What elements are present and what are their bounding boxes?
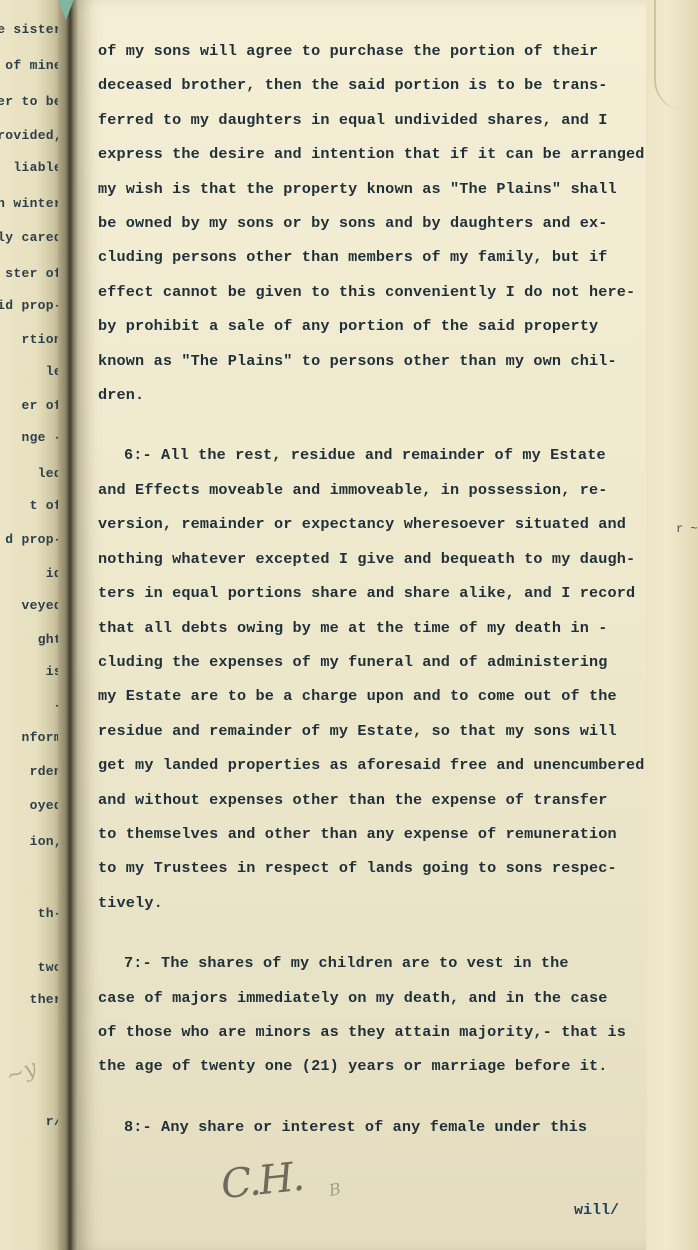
facing-page-fragment: rly cared xyxy=(0,230,62,245)
clause-start-line: 8:- Any share or interest of any female … xyxy=(98,1110,658,1144)
clause-start-line: 7:- The shares of my children are to ves… xyxy=(98,946,658,980)
facing-page-fragment: rovided, xyxy=(0,128,62,143)
text-line: by prohibit a sale of any portion of the… xyxy=(98,309,658,343)
text-line: and Effects moveable and immoveable, in … xyxy=(98,473,658,507)
facing-page-fragment: in winter xyxy=(0,196,62,211)
text-line: dren. xyxy=(98,378,658,412)
facing-page-fragment: rtion xyxy=(21,332,62,347)
facing-page-fragment: e sister xyxy=(0,22,62,37)
text-line: of those who are minors as they attain m… xyxy=(98,1015,658,1049)
facing-page-fragment: liable xyxy=(13,160,62,175)
facing-page-fragment: nform xyxy=(21,730,62,745)
document-page: of my sons will agree to purchase the po… xyxy=(78,0,646,1250)
text-line: of my sons will agree to purchase the po… xyxy=(98,34,658,68)
text-line: cluding persons other than members of my… xyxy=(98,240,658,274)
edge-tick-mark: r ~ xyxy=(676,522,698,536)
text-line: express the desire and intention that if… xyxy=(98,137,658,171)
text-line: get my landed properties as aforesaid fr… xyxy=(98,748,658,782)
text-line: to themselves and other than any expense… xyxy=(98,817,658,851)
text-line: tively. xyxy=(98,886,658,920)
facing-page-fragment: d prop- xyxy=(5,532,62,547)
text-line: to my Trustees in respect of lands going… xyxy=(98,851,658,885)
text-line: effect cannot be given to this convenien… xyxy=(98,275,658,309)
document-body: of my sons will agree to purchase the po… xyxy=(98,34,658,1144)
text-line: known as "The Plains" to persons other t… xyxy=(98,344,658,378)
text-line: ferred to my daughters in equal undivide… xyxy=(98,103,658,137)
text-line: ters in equal portions share and share a… xyxy=(98,576,658,610)
text-line: deceased brother, then the said portion … xyxy=(98,68,658,102)
catchword: will/ xyxy=(574,1202,619,1219)
facing-page-fragment: veyed xyxy=(21,598,62,613)
text-line: and without expenses other than the expe… xyxy=(98,783,658,817)
text-line: be owned by my sons or by sons and by da… xyxy=(98,206,658,240)
text-line: my wish is that the property known as "T… xyxy=(98,172,658,206)
underlying-sheets: r ~ xyxy=(646,0,698,1250)
signature: C.H. xyxy=(219,1154,305,1208)
facing-page-fragment: der to be xyxy=(0,94,62,109)
facing-page-fragment: er of mine xyxy=(0,58,62,73)
text-line: residue and remainder of my Estate, so t… xyxy=(98,714,658,748)
facing-page-fragment: nge - xyxy=(21,430,62,445)
bookmark-tab-icon xyxy=(56,0,76,20)
paper-fold xyxy=(654,0,696,110)
text-line: nothing whatever excepted I give and beq… xyxy=(98,542,658,576)
book-gutter xyxy=(58,0,80,1250)
text-line: my Estate are to be a charge upon and to… xyxy=(98,679,658,713)
witness-initials: B xyxy=(327,1179,342,1200)
text-line: version, remainder or expectancy whereso… xyxy=(98,507,658,541)
clause-start-line: 6:- All the rest, residue and remainder … xyxy=(98,438,658,472)
text-line: case of majors immediately on my death, … xyxy=(98,981,658,1015)
text-line: that all debts owing by me at the time o… xyxy=(98,611,658,645)
text-line: cluding the expenses of my funeral and o… xyxy=(98,645,658,679)
facing-page-fragment: er of xyxy=(21,398,62,413)
paragraph-gap xyxy=(98,920,658,946)
paragraph-gap xyxy=(98,412,658,438)
facing-page-fragment: aid prop- xyxy=(0,298,62,313)
facing-page: e sisterer of mineder to berovided,liabl… xyxy=(0,0,66,1250)
text-line: the age of twenty one (21) years or marr… xyxy=(98,1049,658,1083)
facing-page-pencil-mark: ~y xyxy=(3,1055,41,1089)
facing-page-fragment: ster of xyxy=(5,266,62,281)
paragraph-gap xyxy=(98,1084,658,1110)
